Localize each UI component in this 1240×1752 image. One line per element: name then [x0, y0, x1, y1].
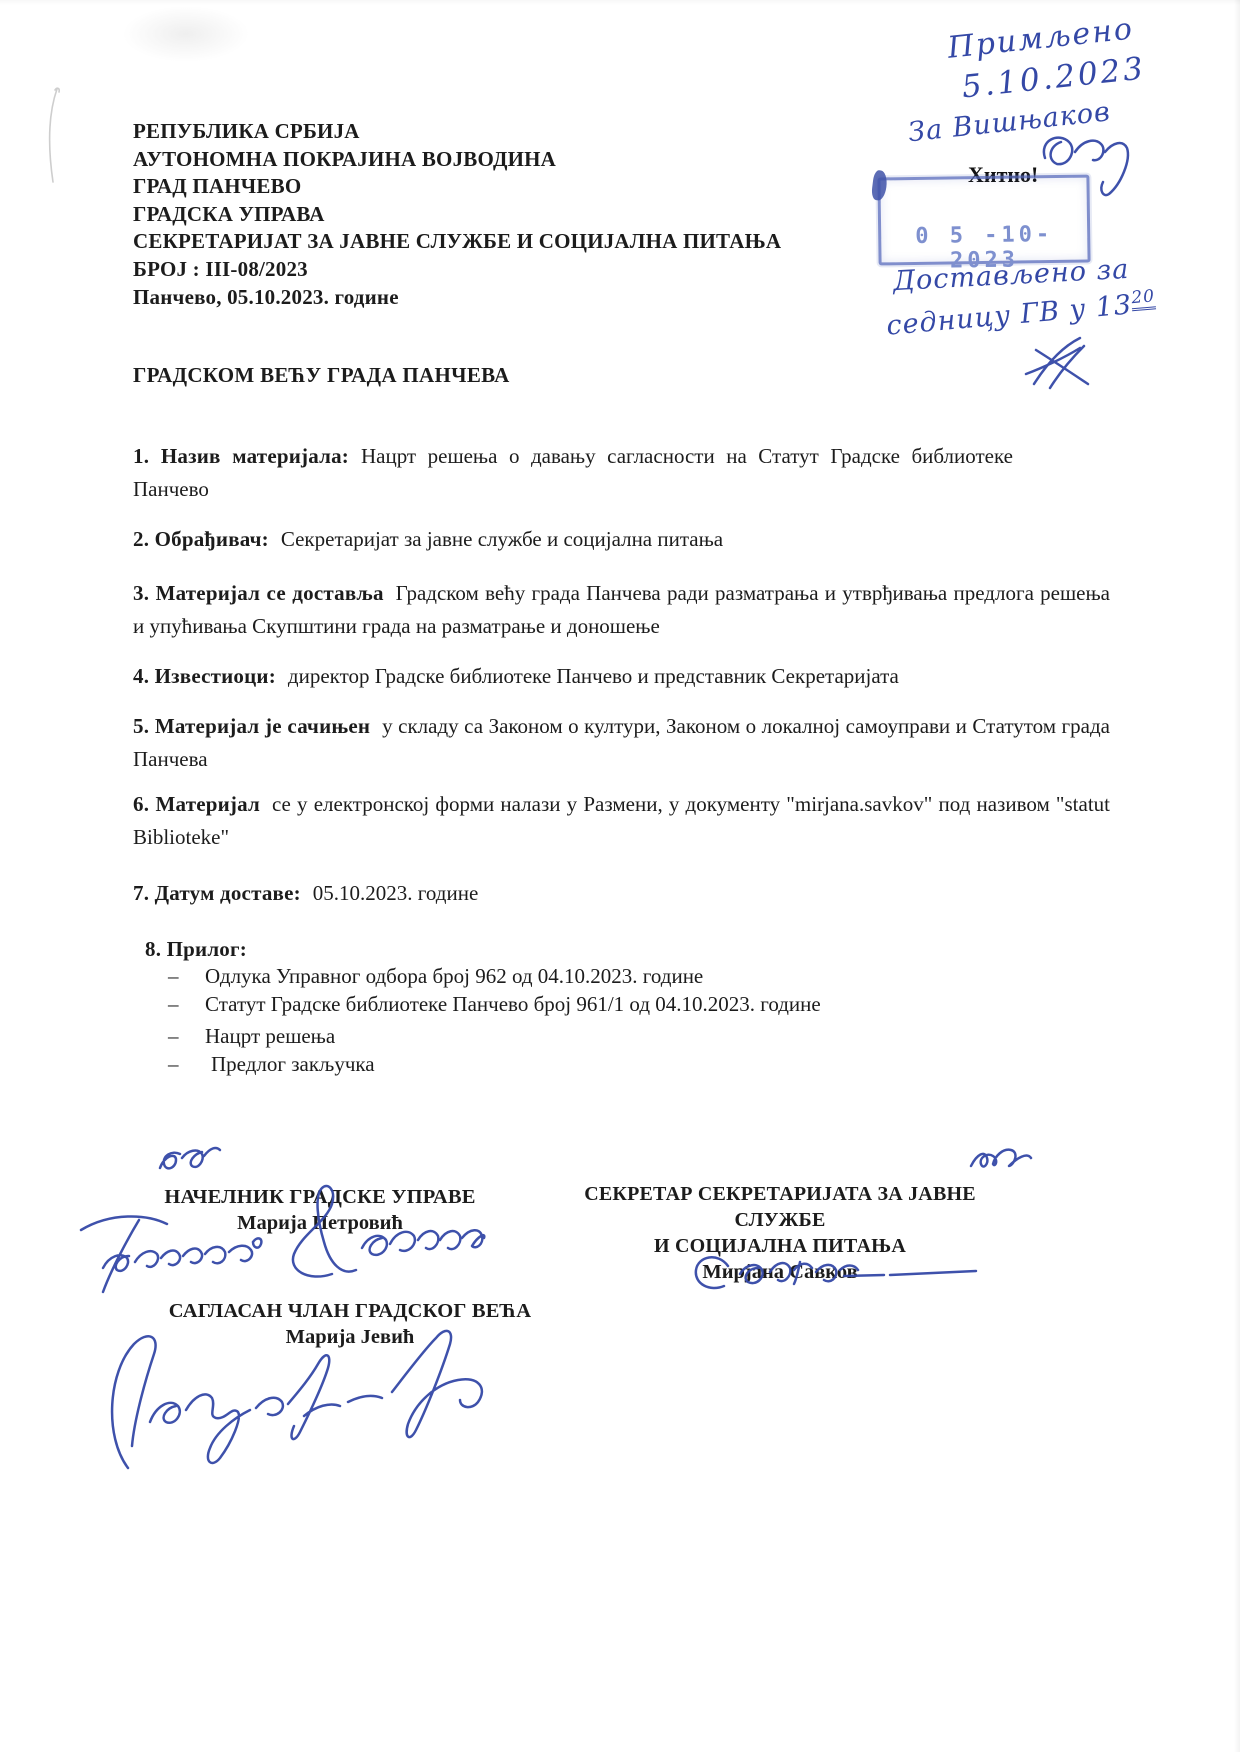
delivered-note-initials-flourish	[1022, 334, 1104, 392]
item-1-label: 1. Назив материјала:	[133, 444, 349, 468]
letterhead-line-country: РЕПУБЛИКА СРБИЈА	[133, 118, 781, 146]
addressee-line: ГРАДСКОМ ВЕЋУ ГРАДА ПАНЧЕВА	[133, 363, 510, 388]
date-stamp: 0 5 -10- 2023	[877, 175, 1090, 266]
attachment-2-text: Статут Градске библиотеке Панчево број 9…	[205, 992, 821, 1016]
attachment-row-4: –Предлог закључка	[168, 1049, 375, 1079]
pen-note-scribble	[152, 1140, 224, 1186]
letterhead: РЕПУБЛИКА СРБИЈА АУТОНОМНА ПОКРАЈИНА ВОЈ…	[133, 118, 781, 311]
attachment-4-text: Предлог закључка	[211, 1052, 375, 1076]
scanned-document-page: РЕПУБЛИКА СРБИЈА АУТОНОМНА ПОКРАЈИНА ВОЈ…	[0, 0, 1240, 1752]
petrovic-signature-center	[272, 1182, 487, 1287]
item-7-label: 7. Датум доставе:	[133, 881, 301, 905]
item-7-delivery-date: 7. Датум доставе:05.10.2023. године	[133, 877, 1110, 910]
item-3-label: 3. Материјал се доставља	[133, 581, 384, 605]
document-number: БРОЈ : III-08/2023	[133, 256, 781, 284]
item-6-electronic-form: 6. Материјалсе у електронској форми нала…	[133, 788, 1110, 854]
item-7-text: 05.10.2023. године	[313, 881, 478, 905]
attachment-row-3: –Нацрт решења	[168, 1021, 335, 1051]
letterhead-line-province: АУТОНОМНА ПОКРАЈИНА ВОЈВОДИНА	[133, 146, 781, 174]
item-2-text: Секретаријат за јавне службе и социјална…	[281, 527, 723, 551]
petrovic-signature-left	[75, 1208, 280, 1303]
jevic-signature	[98, 1318, 498, 1483]
item-8-label: 8. Прилог:	[145, 937, 247, 961]
item-5-legal-basis: 5. Материјал је сачињену складу са Закон…	[133, 710, 1110, 776]
item-4-text: директор Градске библиотеке Панчево и пр…	[288, 664, 899, 688]
item-5-label: 5. Материјал је сачињен	[133, 714, 370, 738]
list-dash: –	[168, 989, 205, 1019]
item-4-rapporteurs: 4. Известиоци:директор Градске библиотек…	[133, 660, 1110, 693]
item-6-text: се у електронској форми налази у Размени…	[133, 792, 1110, 849]
item-3-delivered-to: 3. Материјал се достављаГрадском већу гр…	[133, 577, 1110, 643]
secretary-initials-flourish	[965, 1136, 1035, 1181]
item-2-label: 2. Обрађивач:	[133, 527, 269, 551]
delivered-note-time-superscript: 20	[1131, 286, 1157, 311]
item-4-label: 4. Известиоци:	[133, 664, 276, 688]
item-2-processor: 2. Обрађивач:Секретаријат за јавне служб…	[133, 523, 1110, 556]
savkov-signature	[688, 1248, 988, 1300]
attachment-1-text: Одлука Управног одбора број 962 од 04.10…	[205, 964, 703, 988]
list-dash: –	[168, 1049, 205, 1079]
attachment-row-2: –Статут Градске библиотеке Панчево број …	[168, 989, 821, 1019]
letterhead-line-secretariat: СЕКРЕТАРИЈАТ ЗА ЈАВНЕ СЛУЖБЕ И СОЦИЈАЛНА…	[133, 228, 781, 256]
letterhead-line-administration: ГРАДСКА УПРАВА	[133, 201, 781, 229]
item-1-material-name: 1. Назив материјала:Нацрт решења о давањ…	[133, 440, 1013, 506]
item-6-label: 6. Материјал	[133, 792, 260, 816]
letterhead-line-city: ГРАД ПАНЧЕВО	[133, 173, 781, 201]
margin-scratch-mark	[40, 86, 66, 186]
document-place-date: Панчево, 05.10.2023. године	[133, 284, 781, 312]
attachment-3-text: Нацрт решења	[205, 1024, 335, 1048]
secretary-title-line-1: СЕКРЕТАР СЕКРЕТАРИЈАТА ЗА ЈАВНЕ СЛУЖБЕ	[555, 1181, 1005, 1233]
attachment-row-1: –Одлука Управног одбора број 962 од 04.1…	[168, 961, 703, 991]
list-dash: –	[168, 1021, 205, 1051]
list-dash: –	[168, 961, 205, 991]
